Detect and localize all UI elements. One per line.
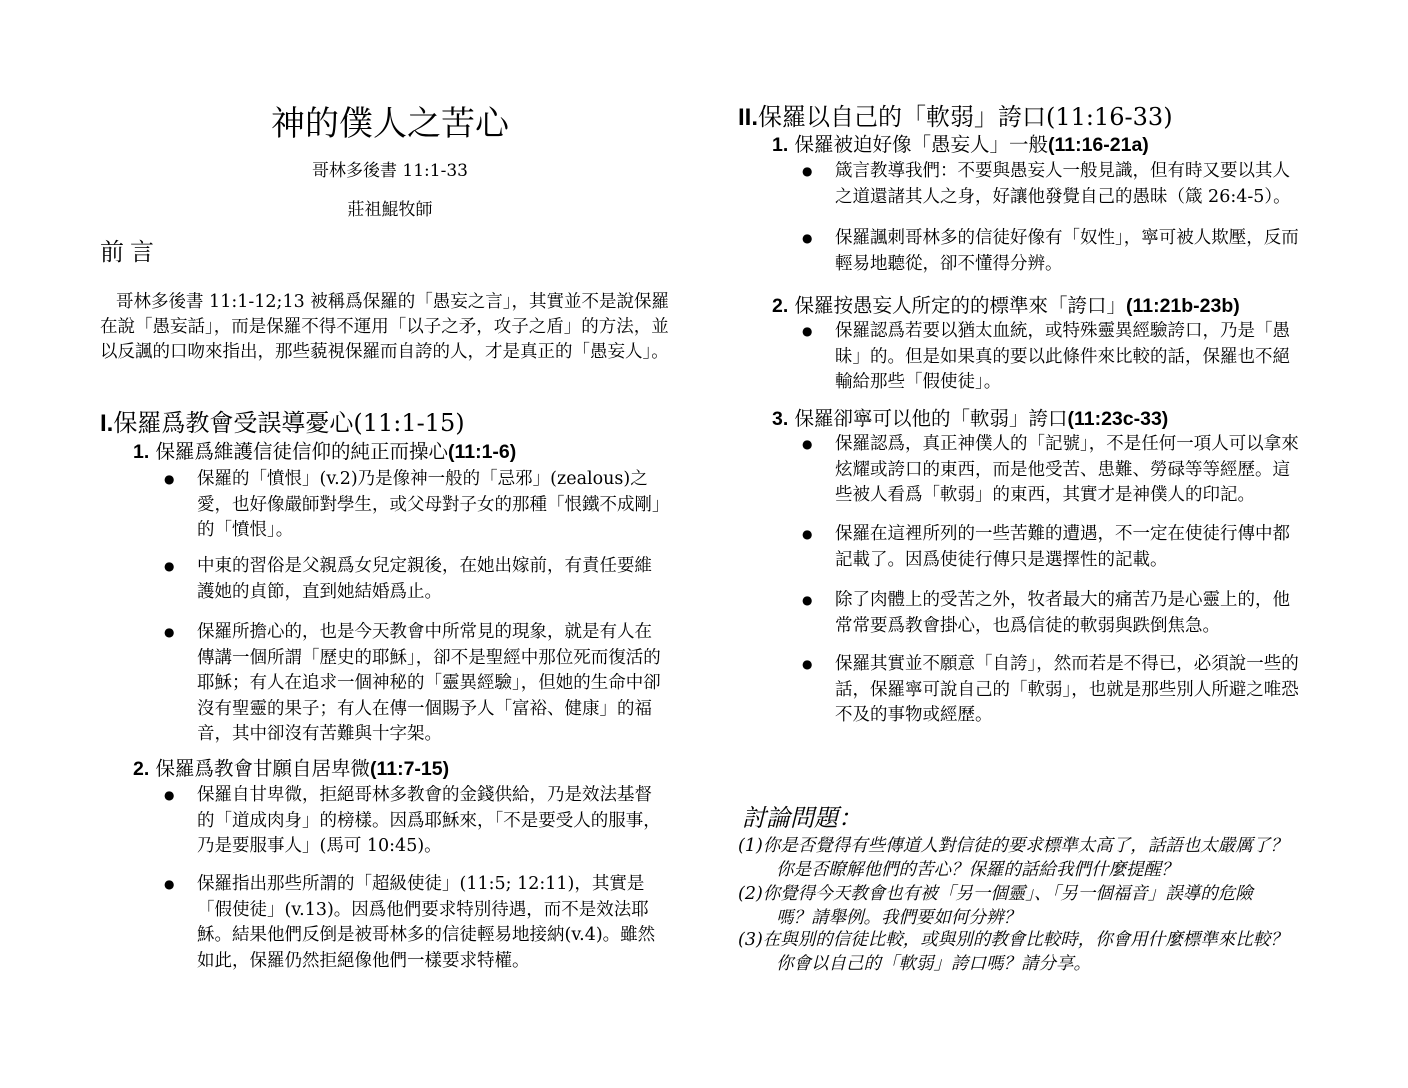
list-item: ● 中東的習俗是父親爲女兒定親後，在她出嫁前，有責任要維護她的貞節，直到她結婚爲… [164, 554, 665, 605]
bullet-text: 除了肉體上的受苦之外，牧者最大的痛苦乃是心靈上的，他常常要爲教會掛心，也爲信徒的… [835, 588, 1303, 639]
section-number: I. [100, 410, 113, 437]
subsection-ref: (11:21b-23b) [1126, 295, 1240, 317]
question-text: (1)你是否覺得有些傳道人對信徒的要求標準太高了，話語也太嚴厲了？ [738, 836, 1288, 856]
question-continuation: 你是否瞭解他們的苦心？保羅的話給我們什麼提醒？ [738, 858, 1308, 882]
subsection-number: 3. [772, 408, 788, 430]
bullet-text: 保羅的「憤恨」(v.2)乃是像神一般的「忌邪」(zealous)之愛，也好像嚴師… [197, 467, 665, 544]
bullet-text: 保羅諷刺哥林多的信徒好像有「奴性」，寧可被人欺壓，反而輕易地聽從，卻不懂得分辨。 [835, 226, 1303, 277]
bullet-text: 保羅在這裡所列的一些苦難的遭遇，不一定在使徒行傳中都記載了。因爲使徒行傳只是選擇… [835, 522, 1303, 573]
section-title: 保羅以自己的「軟弱」誇口(11:16-33) [758, 103, 1173, 131]
list-item: ● 保羅自甘卑微，拒絕哥林多教會的金錢供給，乃是效法基督的「道成肉身」的榜樣。因… [164, 783, 665, 860]
list-item: ● 保羅所擔心的，也是今天教會中所常見的現象，就是有人在傳講一個所謂「歷史的耶穌… [164, 620, 665, 748]
question-continuation: 嗎？請舉例。我們要如何分辨？ [738, 906, 1308, 930]
list-item: ● 保羅在這裡所列的一些苦難的遭遇，不一定在使徒行傳中都記載了。因爲使徒行傳只是… [802, 522, 1303, 573]
section-heading-1: I.保羅爲教會受誤導憂心(11:1-15) [100, 408, 465, 439]
subsection-title: 保羅卻寧可以他的「軟弱」誇口 [794, 407, 1067, 430]
bullet-icon: ● [164, 783, 197, 860]
bullet-icon: ● [802, 432, 835, 509]
bullet-icon: ● [164, 620, 197, 748]
bullet-icon: ● [802, 652, 835, 729]
question-text: (3)在與別的信徒比較，或與別的教會比較時，你會用什麼標準來比較？ [738, 930, 1288, 950]
subsection-heading-2-1: 1. 保羅被迫好像「愚妄人」一般(11:16-21a) [772, 132, 1149, 158]
subsection-heading-1-2: 2. 保羅爲教會甘願自居卑微(11:7-15) [133, 756, 449, 782]
subsection-ref: (11:23c-33) [1067, 408, 1168, 430]
subsection-number: 2. [772, 295, 788, 317]
bullet-icon: ● [802, 522, 835, 573]
list-item: ● 保羅諷刺哥林多的信徒好像有「奴性」，寧可被人欺壓，反而輕易地聽從，卻不懂得分… [802, 226, 1303, 277]
list-item: ● 保羅認爲若要以猶太血統，或特殊靈異經驗誇口，乃是「愚昧」的。但是如果真的要以… [802, 319, 1303, 396]
subsection-title: 保羅爲教會甘願自居卑微 [155, 757, 370, 780]
discussion-question-3: (3)在與別的信徒比較，或與別的教會比較時，你會用什麼標準來比較？ 你會以自己的… [738, 928, 1308, 976]
bullet-icon: ● [164, 554, 197, 605]
subsection-title: 保羅按愚妄人所定的的標準來「誇口」 [794, 294, 1126, 317]
bullet-text: 保羅其實並不願意「自誇」，然而若是不得已，必須說一些的話，保羅寧可說自己的「軟弱… [835, 652, 1303, 729]
bullet-text: 中東的習俗是父親爲女兒定親後，在她出嫁前，有責任要維護她的貞節，直到她結婚爲止。 [197, 554, 665, 605]
subsection-ref: (11:16-21a) [1048, 134, 1149, 156]
subsection-heading-1-1: 1. 保羅爲維護信徒信仰的純正而操心(11:1-6) [133, 439, 516, 465]
subsection-ref: (11:7-15) [370, 758, 449, 780]
discussion-heading: 討論問題： [742, 802, 862, 834]
bullet-icon: ● [802, 159, 835, 210]
bullet-text: 保羅認爲若要以猶太血統，或特殊靈異經驗誇口，乃是「愚昧」的。但是如果真的要以此條… [835, 319, 1303, 396]
bullet-icon: ● [802, 226, 835, 277]
bullet-text: 保羅認爲，真正神僕人的「記號」，不是任何一項人可以拿來炫耀或誇口的東西，而是他受… [835, 432, 1303, 509]
list-item: ● 保羅指出那些所謂的「超級使徒」(11:5; 12:11)，其實是「假使徒」(… [164, 872, 665, 974]
intro-heading: 前言 [100, 236, 160, 268]
bullet-icon: ● [802, 588, 835, 639]
discussion-question-2: (2)你覺得今天教會也有被「另一個靈」、「另一個福音」誤導的危險 嗎？請舉例。我… [738, 882, 1308, 930]
author: 莊祖鯤牧師 [100, 199, 680, 221]
bullet-icon: ● [164, 467, 197, 544]
scripture-reference: 哥林多後書 11:1-33 [100, 160, 680, 182]
intro-paragraph: 哥林多後書 11:1-12;13 被稱爲保羅的「愚妄之言」，其實並不是說保羅在說… [100, 290, 670, 365]
subsection-title: 保羅爲維護信徒信仰的純正而操心 [155, 440, 448, 463]
subsection-number: 2. [133, 758, 149, 780]
list-item: ● 保羅其實並不願意「自誇」，然而若是不得已，必須說一些的話，保羅寧可說自己的「… [802, 652, 1303, 729]
subsection-ref: (11:1-6) [448, 441, 516, 463]
question-continuation: 你會以自己的「軟弱」誇口嗎？請分享。 [738, 952, 1308, 976]
subsection-heading-2-2: 2. 保羅按愚妄人所定的的標準來「誇口」(11:21b-23b) [772, 293, 1240, 319]
bullet-icon: ● [802, 319, 835, 396]
list-item: ● 保羅認爲，真正神僕人的「記號」，不是任何一項人可以拿來炫耀或誇口的東西，而是… [802, 432, 1303, 509]
section-heading-2: II.保羅以自己的「軟弱」誇口(11:16-33) [738, 102, 1173, 133]
subsection-number: 1. [133, 441, 149, 463]
section-title: 保羅爲教會受誤導憂心(11:1-15) [113, 409, 464, 437]
bullet-icon: ● [164, 872, 197, 974]
question-text: (2)你覺得今天教會也有被「另一個靈」、「另一個福音」誤導的危險 [738, 884, 1253, 904]
list-item: ● 除了肉體上的受苦之外，牧者最大的痛苦乃是心靈上的，他常常要爲教會掛心，也爲信… [802, 588, 1303, 639]
document-title: 神的僕人之苦心 [100, 104, 680, 144]
subsection-title: 保羅被迫好像「愚妄人」一般 [794, 133, 1048, 156]
list-item: ● 箴言教導我們：不要與愚妄人一般見識，但有時又要以其人之道還諸其人之身，好讓他… [802, 159, 1303, 210]
bullet-text: 保羅自甘卑微，拒絕哥林多教會的金錢供給，乃是效法基督的「道成肉身」的榜樣。因爲耶… [197, 783, 665, 860]
subsection-number: 1. [772, 134, 788, 156]
bullet-text: 保羅指出那些所謂的「超級使徒」(11:5; 12:11)，其實是「假使徒」(v.… [197, 872, 665, 974]
bullet-text: 箴言教導我們：不要與愚妄人一般見識，但有時又要以其人之道還諸其人之身，好讓他發覺… [835, 159, 1303, 210]
discussion-question-1: (1)你是否覺得有些傳道人對信徒的要求標準太高了，話語也太嚴厲了？ 你是否瞭解他… [738, 834, 1308, 882]
bullet-text: 保羅所擔心的，也是今天教會中所常見的現象，就是有人在傳講一個所謂「歷史的耶穌」，… [197, 620, 665, 748]
list-item: ● 保羅的「憤恨」(v.2)乃是像神一般的「忌邪」(zealous)之愛，也好像… [164, 467, 665, 544]
section-number: II. [738, 104, 758, 131]
subsection-heading-2-3: 3. 保羅卻寧可以他的「軟弱」誇口(11:23c-33) [772, 406, 1168, 432]
